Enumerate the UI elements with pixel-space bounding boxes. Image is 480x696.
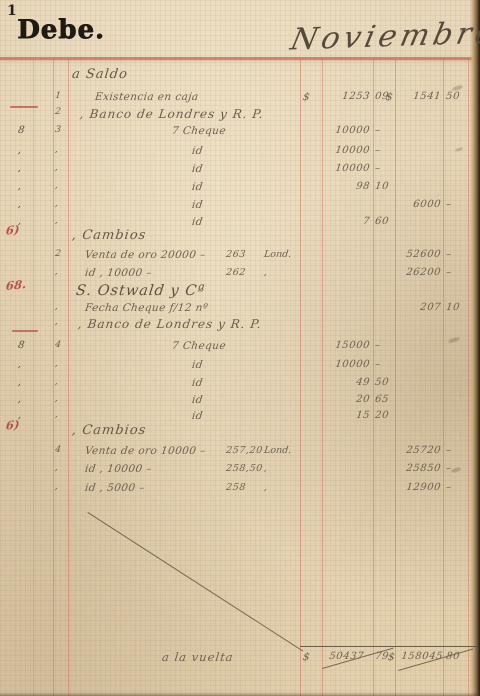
total-col1: 50437 [315, 652, 364, 662]
ledger-row: ,id , 5000 –258,12900– [0, 483, 480, 500]
folio-column-mark: 4 [54, 341, 61, 350]
ledger-row-heading: a Saldo [0, 68, 480, 85]
margin-red-dash [10, 106, 38, 108]
folio-column-mark: , [54, 146, 58, 155]
exchange-rate: 258 [225, 483, 246, 493]
amount-col1: 10000 [319, 360, 370, 370]
date-column-mark: 8 [17, 341, 25, 351]
ledger-row: ,,id10000– [0, 360, 480, 377]
page-title-debit: Debe. [17, 15, 105, 45]
exchange-rate: 262 [225, 268, 246, 278]
amount-col1: 98 [319, 182, 370, 192]
carry-forward-label: a la vuelta [161, 652, 234, 664]
page-number: 1 [7, 3, 17, 19]
amount-col1-cents: 60 [374, 217, 389, 227]
ledger-row: 837 Cheque10000– [0, 126, 480, 143]
rate-place: , [263, 268, 267, 278]
cancel-line [87, 512, 303, 652]
ledger-row-heading: 6), Cambios [0, 229, 480, 246]
margin-reference: 6) [6, 419, 20, 432]
folio-column-mark: , [54, 217, 58, 226]
amount-col1-cents: 50 [374, 378, 389, 388]
ledger-row-heading: 6), Cambios [0, 424, 480, 441]
ledger-row-account-major: 68.S. Ostwald y Cª [0, 284, 480, 301]
amount-col1: 10000 [319, 164, 370, 174]
amount-col2: 52600 [394, 250, 441, 260]
entry-text: 7 Cheque [171, 341, 226, 352]
amount-col1: 7 [319, 217, 370, 227]
date-column-mark: , [17, 378, 21, 388]
folio-column-mark: 2 [54, 250, 61, 259]
ledger-row: ,,id10000– [0, 146, 480, 163]
folio-column-mark: , [54, 464, 58, 473]
amount-col1: 20 [319, 395, 370, 405]
ledger-row: ,,id6000– [0, 200, 480, 217]
amount-col2: 26200 [394, 268, 441, 278]
currency-sign: $ [302, 652, 310, 663]
folio-column-mark: 2 [54, 108, 61, 117]
amount-col1-cents: 10 [374, 182, 389, 192]
amount-col2-cents: – [445, 200, 452, 210]
amount-col2: 6000 [394, 200, 441, 210]
amount-col1-cents: – [374, 126, 381, 136]
ruled-line-header [0, 57, 480, 60]
date-column-mark: 8 [17, 126, 25, 136]
folio-column-mark: 3 [54, 126, 61, 135]
entry-text: id [191, 360, 203, 371]
amount-col2-cents: – [445, 464, 452, 474]
folio-column-mark: 4 [54, 446, 61, 455]
folio-column-mark: , [54, 182, 58, 191]
ledger-row: 4Venta de oro 10000 –257,20Lond.25720– [0, 446, 480, 463]
amount-col1: 10000 [319, 146, 370, 156]
folio-column-mark: , [54, 303, 58, 312]
amount-col1-cents: – [374, 360, 381, 370]
ledger-row: ,,id10000– [0, 164, 480, 181]
ledger-row-account: 2, Banco de Londres y R. P. [0, 108, 480, 125]
entry-text: Fecha Cheque f/12 nº [84, 303, 208, 314]
date-column-mark: , [17, 182, 21, 192]
currency-sign: $ [387, 652, 395, 663]
entry-text: id , 10000 – [84, 268, 152, 279]
amount-col1-cents: – [374, 341, 381, 351]
month-title: Noviembre [287, 15, 480, 57]
amount-col2-cents: 10 [445, 303, 460, 313]
amount-col2: 25850 [394, 464, 441, 474]
folio-column-mark: , [54, 483, 58, 492]
amount-col2: 12900 [394, 483, 441, 493]
amount-col2-cents: – [445, 446, 452, 456]
currency-sign: $ [302, 92, 310, 103]
amount-col1-cents: 65 [374, 395, 389, 405]
rate-place: Lond. [263, 250, 291, 260]
amount-col1: 49 [319, 378, 370, 388]
amount-col2: 25720 [394, 446, 441, 456]
entry-text: a Saldo [71, 68, 128, 81]
total-col2: 158045 [396, 652, 443, 662]
ledger-row: 2Venta de oro 20000 –263Lond.52600– [0, 250, 480, 267]
date-column-mark: , [17, 395, 21, 405]
margin-reference: 68. [5, 279, 26, 293]
totals-row: a la vuelta $ 50437 79 $ 158045 80 [0, 652, 480, 669]
entry-text: id [191, 146, 203, 157]
entry-text: 7 Cheque [171, 126, 226, 137]
ledger-row: ,,id4950 [0, 378, 480, 395]
entry-text: id , 10000 – [84, 464, 152, 475]
entry-text: Venta de oro 10000 – [84, 446, 206, 457]
entry-text: Existencia en caja [94, 92, 199, 103]
date-column-mark: , [17, 360, 21, 370]
folio-column-mark: , [54, 378, 58, 387]
entry-text: id [191, 378, 203, 389]
ledger-row: ,,id2065 [0, 395, 480, 412]
entry-text: , Cambios [71, 424, 147, 437]
folio-column-mark: , [54, 318, 58, 327]
amount-col1-cents: 20 [374, 411, 389, 421]
rate-place: , [263, 464, 267, 474]
folio-column-mark: , [54, 411, 58, 420]
amount-col2-cents: – [445, 483, 452, 493]
amount-col2: 1541 [394, 92, 441, 102]
amount-col2: 207 [394, 303, 441, 313]
entry-text: id [191, 395, 203, 406]
amount-col2-cents: 50 [445, 92, 460, 102]
entry-text: id [191, 182, 203, 193]
margin-reference: 6) [6, 224, 20, 237]
ledger-row: ,id , 10000 –262,26200– [0, 268, 480, 285]
rate-place: , [263, 483, 267, 493]
rate-place: Lond. [263, 446, 291, 456]
total-col2-cents: 80 [445, 652, 460, 662]
date-column-mark: , [17, 146, 21, 156]
amount-col1: 1253 [319, 92, 370, 102]
exchange-rate: 258,50 [225, 464, 263, 474]
folio-column-mark: 1 [54, 92, 61, 101]
folio-column-mark: , [54, 360, 58, 369]
folio-column-mark: , [54, 395, 58, 404]
date-column-mark: , [17, 164, 21, 174]
entry-text: Venta de oro 20000 – [84, 250, 206, 261]
totals-rule [300, 646, 477, 647]
entry-text: , Cambios [71, 229, 147, 242]
currency-sign: $ [385, 92, 393, 103]
folio-column-mark: , [54, 164, 58, 173]
margin-red-dash [12, 330, 38, 332]
amount-col1: 10000 [319, 126, 370, 136]
amount-col1-cents: – [374, 146, 381, 156]
folio-column-mark: , [54, 268, 58, 277]
ledger-page: 1 Debe. Noviembre a Saldo1Existencia en … [0, 0, 480, 696]
entry-text: id [191, 164, 203, 175]
ledger-row: 847 Cheque15000– [0, 341, 480, 358]
entry-text: id , 5000 – [84, 483, 145, 494]
entry-text: id [191, 411, 203, 422]
page-bottom-edge [0, 692, 480, 696]
entry-text: , Banco de Londres y R. P. [77, 318, 262, 330]
amount-col1-cents: – [374, 164, 381, 174]
entry-text: S. Ostwald y Cª [75, 284, 206, 299]
amount-col2-cents: – [445, 250, 452, 260]
amount-col1: 15000 [319, 341, 370, 351]
folio-column-mark: , [54, 200, 58, 209]
exchange-rate: 263 [225, 250, 246, 260]
exchange-rate: 257,20 [225, 446, 263, 456]
amount-col2-cents: – [445, 268, 452, 278]
date-column-mark: , [17, 200, 21, 210]
entry-text: id [191, 200, 203, 211]
ledger-row-account: ,, Banco de Londres y R. P. [0, 318, 480, 335]
entry-text: id [191, 217, 203, 228]
entry-text: , Banco de Londres y R. P. [79, 108, 264, 120]
ledger-row: ,id , 10000 –258,50,25850– [0, 464, 480, 481]
ledger-row: ,,id9810 [0, 182, 480, 199]
amount-col1: 15 [319, 411, 370, 421]
